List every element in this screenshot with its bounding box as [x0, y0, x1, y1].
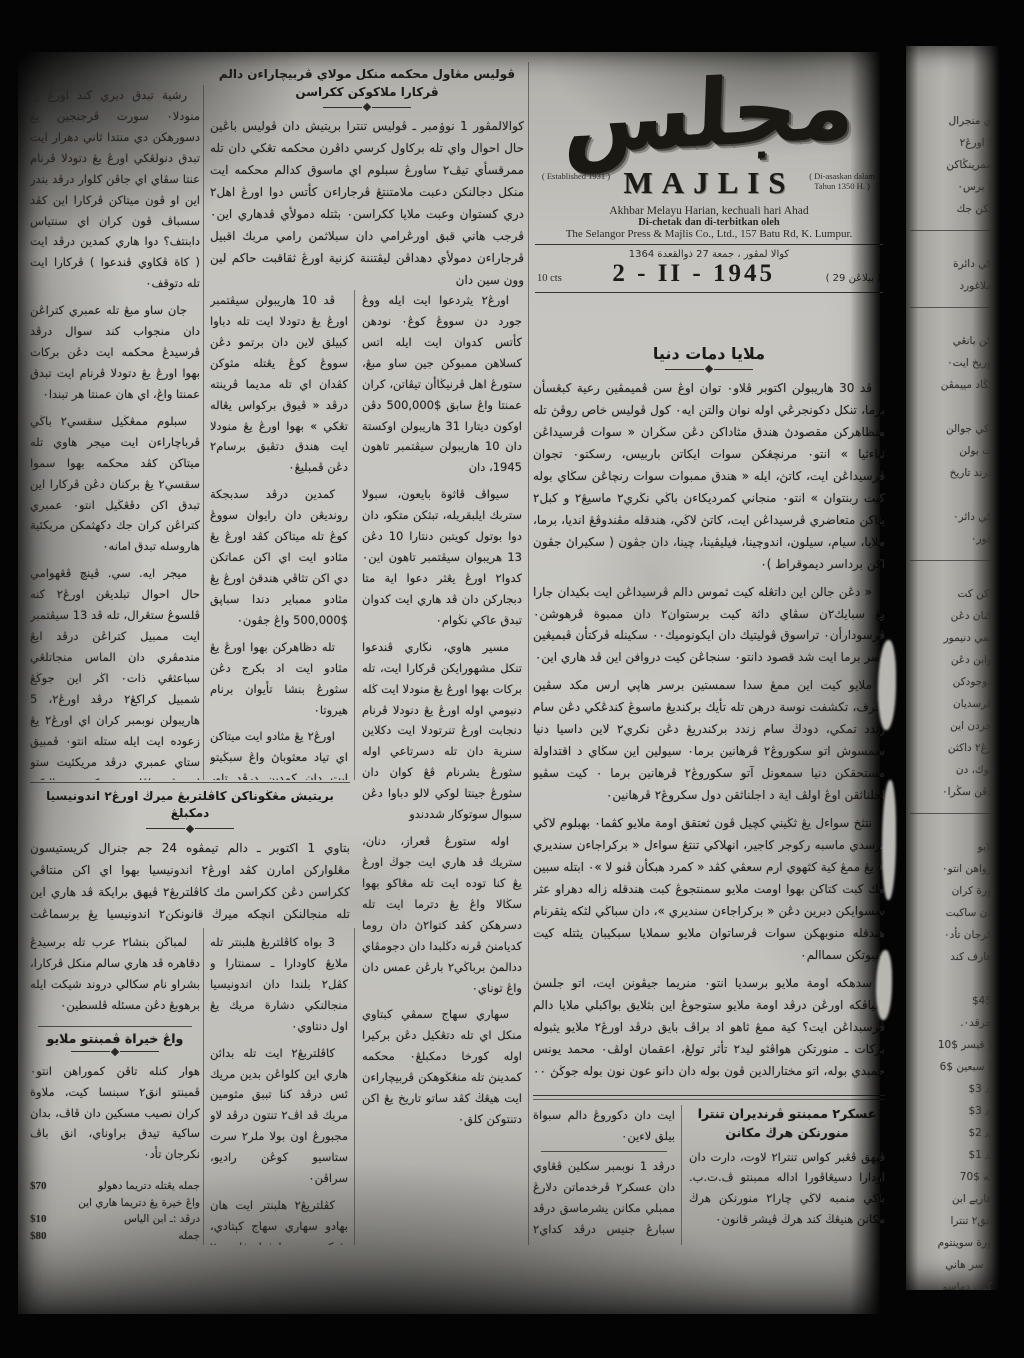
next-page-fragment: ثڭاد مييمڤن [910, 374, 992, 396]
jawi-paragraph: كڤلتريڠ٢ هلبنتر ايت هان بهادو سهاري سهاج… [210, 1195, 348, 1245]
malaya-article: ملايا دمات دنيا ڤد 30 هاريبولن اكتوبر ڤل… [533, 344, 885, 1092]
khairat-heading: واڠ خيراة ڤمبنتو ملايو [30, 1031, 200, 1046]
subtitle-akhbar: Akhbar Melayu Harian, kechuali hari Ahad [533, 205, 885, 217]
next-page-fragment: له $70 [910, 1166, 992, 1188]
subtitle-printer: Di-chetak dan di-terbitkan oleh [533, 217, 885, 228]
next-page-fragment [910, 813, 992, 836]
masthead-rule-bottom [535, 292, 883, 293]
jawi-paragraph: ملايو كيت اين ممڠ سدا سمستين برسر هاڽي ا… [533, 675, 885, 807]
masthead-rule-top [535, 244, 883, 245]
next-page-fragment: دڤن سڭرا٠ [910, 781, 992, 803]
food-article-right-column: عسكر٢ ممبنتو ڤرنديران تنترا منورنكن هرڬ … [689, 1105, 885, 1245]
next-page-fragment: جردن اين [910, 715, 992, 737]
jawi-paragraph: اورڠ٢ يثردعوا ايت ايله ووڠ جورد دن سووڠ … [362, 290, 522, 478]
donation-amount: $80 [30, 1228, 47, 1245]
jawi-paragraph: « دڠن جالن اين داتڠله كيت ثموس دالم ڤرسي… [533, 582, 885, 670]
donation-row: واڠ خيرة يڠ دتريما هاري اين [30, 1195, 200, 1211]
next-page-fragment: ورة كران [910, 880, 992, 902]
next-page-fragment: لايو [910, 836, 992, 858]
next-page-fragment [910, 396, 992, 418]
jawi-paragraph: سهاري سهاج سمڤي كبتاوي منكل اي تله دتڠكي… [362, 1004, 522, 1130]
column-rule-2a [354, 290, 355, 780]
next-page-fragment: ڤرسديان [910, 693, 992, 715]
column-3-text: اورڠ٢ يثردعوا ايت ايله ووڠ جورد دن سووڠ … [362, 290, 522, 1245]
established-hijri-right: ( Di-asaskan dalam Tahun 1350 H. ) [799, 171, 885, 192]
jawi-paragraph: ڤد 10 هاريبولن سيڤتمبر اورڠ يڠ دتودلا اي… [210, 290, 348, 478]
jawi-paragraph: اورڠ٢ يڠ مثادو ايت ميتاكن اي تياد معثوبا… [210, 726, 348, 780]
jawi-paragraph: كاڤلتربڠ٢ ايت تله بدائن هاري اين كلواڠن … [210, 1043, 348, 1189]
torn-paper-edge [878, 640, 896, 730]
next-page-fragment: كي دائر٠ [910, 506, 992, 528]
issue-date: 2 - II - 1945 [612, 260, 775, 288]
indonesia-top-rule [30, 782, 350, 783]
next-page-fragment [910, 230, 992, 253]
jawi-dateline: كوالا لمڤور ، جمعة 27 ذوالقعدة 1364 [533, 249, 885, 260]
column-rule-2b [354, 928, 355, 1245]
next-page-fragment: ي منجرال [910, 110, 992, 132]
article-separator-rule [533, 1095, 885, 1100]
column-1-top-text: رشية تبدق ديري كند اورڠ يڠ منودلا٠ سورت … [30, 85, 200, 780]
column-rule-1a [203, 85, 204, 780]
torn-paper-edge [882, 780, 896, 900]
malaya-headline: ملايا دمات دنيا [533, 344, 885, 363]
donation-row: جمله$80 [30, 1228, 200, 1245]
next-page-fragment: رواهن انتو٠ [910, 858, 992, 880]
column-rule-1b [203, 928, 204, 1245]
jawi-paragraph: سبلوم ممڠڬيل سقسي٢ باڬي ڤرباچاراءن ايت م… [30, 411, 200, 557]
subtitle-publisher-address: The Selangor Press & Majlis Co., Ltd., 1… [533, 228, 885, 240]
jawi-paragraph: تله دظاهركن بهوا اورڠ يڠ مثادو ايت اد بك… [210, 637, 348, 721]
next-page-fragment: كرجان تأد٠ [910, 924, 992, 946]
established-year-left: ( Established 1931 ) [533, 171, 619, 182]
next-page-fragment: هارف كند [910, 946, 992, 968]
indonesia-headline: بريتيش مڠڬوناكن كاڤلتربڠ ميرڬ اورڠ٢ اندو… [30, 788, 350, 823]
majlis-jawi-logo: مجلس [562, 52, 856, 176]
next-page-fragment: هاريے ابن [910, 1188, 992, 1210]
indonesia-body: بتاوي 1 اكتوبر ـ دالم تيمڤوه 24 جم جنرال… [30, 838, 350, 926]
column-rule-4 [681, 1105, 682, 1245]
next-page-fragment [910, 968, 992, 990]
next-page-fragment: كي دائرة [910, 253, 992, 275]
jawi-paragraph: كمدين درڤد سدبجكة رونديڠن دان رايوان سوو… [210, 484, 348, 630]
masthead: مجلس ( Established 1931 ) MAJLIS ( Di-as… [533, 60, 885, 340]
next-page-fragment: ر سر هاني [910, 1254, 992, 1276]
headline-divider-icon [146, 826, 234, 832]
next-page-fragment: درند تاريخ [910, 462, 992, 484]
food-article-left-column: ايت دان دكوروڠ دالم سبواة بيلق لاءين٠ در… [533, 1105, 675, 1245]
jawi-paragraph: سدهكه اومة ملايو برسديا انتو٠ منريما جيڤ… [533, 973, 885, 1084]
section-rule [541, 1151, 667, 1152]
section-rule [38, 1026, 192, 1027]
jawi-paragraph: رشية تبدق ديري كند اورڠ يڠ منودلا٠ سورت … [30, 85, 200, 294]
donation-row: درڤد :ـ ابن الياس$10 [30, 1211, 200, 1228]
torn-paper-edge [876, 950, 892, 1020]
jawi-paragraph: ڤد 30 هاريبولن اكتوبر ڤلاو٠ توان اوڠ سن … [533, 378, 885, 576]
jawi-paragraph: 3 بواه كاڤلتربڠ هلبنتر تله ملايڠ كاودارا… [210, 932, 348, 1037]
donation-row: جمله يڠتله دتريما دهولو$70 [30, 1178, 200, 1195]
newspaper-front-page: مجلس ( Established 1931 ) MAJLIS ( Di-as… [18, 52, 880, 1314]
jawi-paragraph: سيواڤ ڤاثوة بايعون، سبولا ستربك ايلبقريل… [362, 484, 522, 630]
next-page-fragment: جرقد٠. [910, 1012, 992, 1034]
next-page-fragment: اتق٢ تنترا [910, 1210, 992, 1232]
food-body: ڤيهق ڤڠبر كواس تنترا٢ لاوت، دارت دان اود… [689, 1147, 885, 1231]
next-page-fragments: ي منجرال( اورڠ٢ممرينڭاكن( برس٠نكن جككي د… [906, 46, 1000, 1290]
next-page-fragment: ( برس٠ [910, 176, 992, 198]
malaya-body: ڤد 30 هاريبولن اكتوبر ڤلاو٠ توان اوڠ سن … [533, 378, 885, 1084]
headline-divider-icon [665, 366, 753, 372]
next-page-fragment: اكي جوالن [910, 418, 992, 440]
arab-league-paragraphs: لمباڬن بنشا٢ عرب تله برسيدڠ دقاهره ڤد ها… [30, 932, 200, 1022]
donation-label: واڠ خيرة يڠ دتريما هاري اين [78, 1195, 200, 1211]
food-headline: عسكر٢ ممبنتو ڤرنديران تنترا منورنكن هرڬ … [689, 1105, 885, 1143]
donation-label: جمله يڠتله دتريما دهولو [98, 1178, 200, 1195]
next-page-fragment: ( اورڠ٢ [910, 132, 992, 154]
next-page-fragment: ٫٫ $2 [910, 1122, 992, 1144]
donation-label: درڤد :ـ ابن الياس [124, 1211, 200, 1228]
donation-amount: $10 [30, 1211, 47, 1228]
article-tail: ايت دان دكوروڠ دالم سبواة بيلق لاءين٠ [533, 1105, 675, 1147]
headline-divider-icon [323, 104, 411, 110]
court-intro: كوالالمڤور 1 نوۏمبر ـ ڤوليس تنترا بريتيش… [210, 116, 524, 288]
next-page-fragment: كن بانڠي [910, 330, 992, 352]
next-page-fragment: رڠ٢ داكثن [910, 737, 992, 759]
next-page-fragment: كنان دڠن [910, 605, 992, 627]
court-headline: ڤوليس مڠاول محكمه منكل مولاي ڤربيچاراءن … [210, 65, 524, 101]
donation-list: جمله يڠتله دتريما دهولو$70واڠ خيرة يڠ دت… [30, 1178, 200, 1245]
scanned-newspaper-page: { "masthead": { "logo_jawi": "مجلس", "es… [0, 0, 1024, 1358]
food-left-text: درڤد 1 نوبمبر سكلين ڤڠاوي دان عسكر٢ ڤرخد… [533, 1156, 675, 1245]
next-page-fragment: اكن كت [910, 583, 992, 605]
court-column-a: ڤد 10 هاريبولن سيڤتمبر اورڠ يڠ دتودلا اي… [210, 290, 348, 780]
column-rule-3 [528, 62, 529, 1245]
next-page-fragment: نكن جك [910, 198, 992, 220]
next-page-fragment: ممرينڭاكن [910, 154, 992, 176]
next-page-sliver: ي منجرال( اورڠ٢ممرينڭاكن( برس٠نكن جككي د… [906, 46, 1000, 1290]
next-page-fragment: ورة سوينتوم [910, 1232, 992, 1254]
next-page-fragment: كرن دماسو [910, 1276, 992, 1290]
next-page-fragment: ڤور٠ [910, 528, 992, 550]
next-page-fragment: $45 [910, 990, 992, 1012]
jawi-paragraph: نتثخ سواﺀل يڠ ثڬيني كچيل ڤون ثعتقق اومة … [533, 813, 885, 967]
next-page-fragment: وابن دڠن [910, 649, 992, 671]
next-page-fragment: دوجودكن [910, 671, 992, 693]
next-page-fragment: ٫٫ $3 [910, 1100, 992, 1122]
jawi-paragraph: مسير هاوي، نڬاري ڤندعوا تنكل مشهورايكن ڤ… [362, 637, 522, 825]
jawi-paragraph: لمباڬن بنشا٢ عرب تله برسيدڠ دقاهره ڤد ها… [30, 932, 200, 1016]
jawi-paragraph: اوله ستورڠ ڤعراز، دنان، ستريك ڤد هاري اي… [362, 831, 522, 998]
column-1-bottom: لمباڬن بنشا٢ عرب تله برسيدڠ دقاهره ڤد ها… [30, 932, 200, 1245]
issue-number: ( بيلاڠن 29 ) [826, 273, 881, 284]
next-page-fragment: ت بولن [910, 440, 992, 462]
next-page-fragment: ٫٫ $3 [910, 1078, 992, 1100]
next-page-fragment: وريخ ايت٠ [910, 352, 992, 374]
headline-divider-icon [71, 1049, 159, 1055]
price-label: 10 cts [537, 273, 562, 284]
donation-label: جمله [178, 1228, 200, 1245]
donation-amount: $70 [30, 1178, 47, 1195]
jawi-paragraph: جان ساو مبڠ تله عمبري كتراڠن دان منجواب … [30, 300, 200, 405]
next-page-fragment [910, 307, 992, 330]
indonesia-article: بريتيش مڠڬوناكن كاڤلتربڠ ميرڬ اورڠ٢ اندو… [30, 788, 350, 926]
column-2-bottom-text: 3 بواه كاڤلتربڠ هلبنتر تله ملايڠ كاودارا… [210, 932, 348, 1245]
next-page-fragment [910, 484, 992, 506]
court-article-head: ڤوليس مڠاول محكمه منكل مولاي ڤربيچاراءن … [210, 65, 524, 288]
jawi-paragraph: ميجر ايه. سي. ڤينچ ڤڠهوامي حال احوال تبل… [30, 563, 200, 780]
next-page-fragment: ٫٫ $1 [910, 1144, 992, 1166]
khairat-body: هوار كنله تاڤن كموراهن انتو٠ ڤمبنتو انق٢… [30, 1061, 200, 1178]
next-page-fragment: دن ساكبت [910, 902, 992, 924]
next-page-fragment: يمي دنيمور [910, 627, 992, 649]
next-page-fragment: ( قيسر $10 [910, 1034, 992, 1056]
next-page-fragment: ملاغورد [910, 275, 992, 297]
next-page-fragment: بوك، دن [910, 759, 992, 781]
next-page-fragment [910, 560, 992, 583]
next-page-fragment: ( سبعين $6 [910, 1056, 992, 1078]
